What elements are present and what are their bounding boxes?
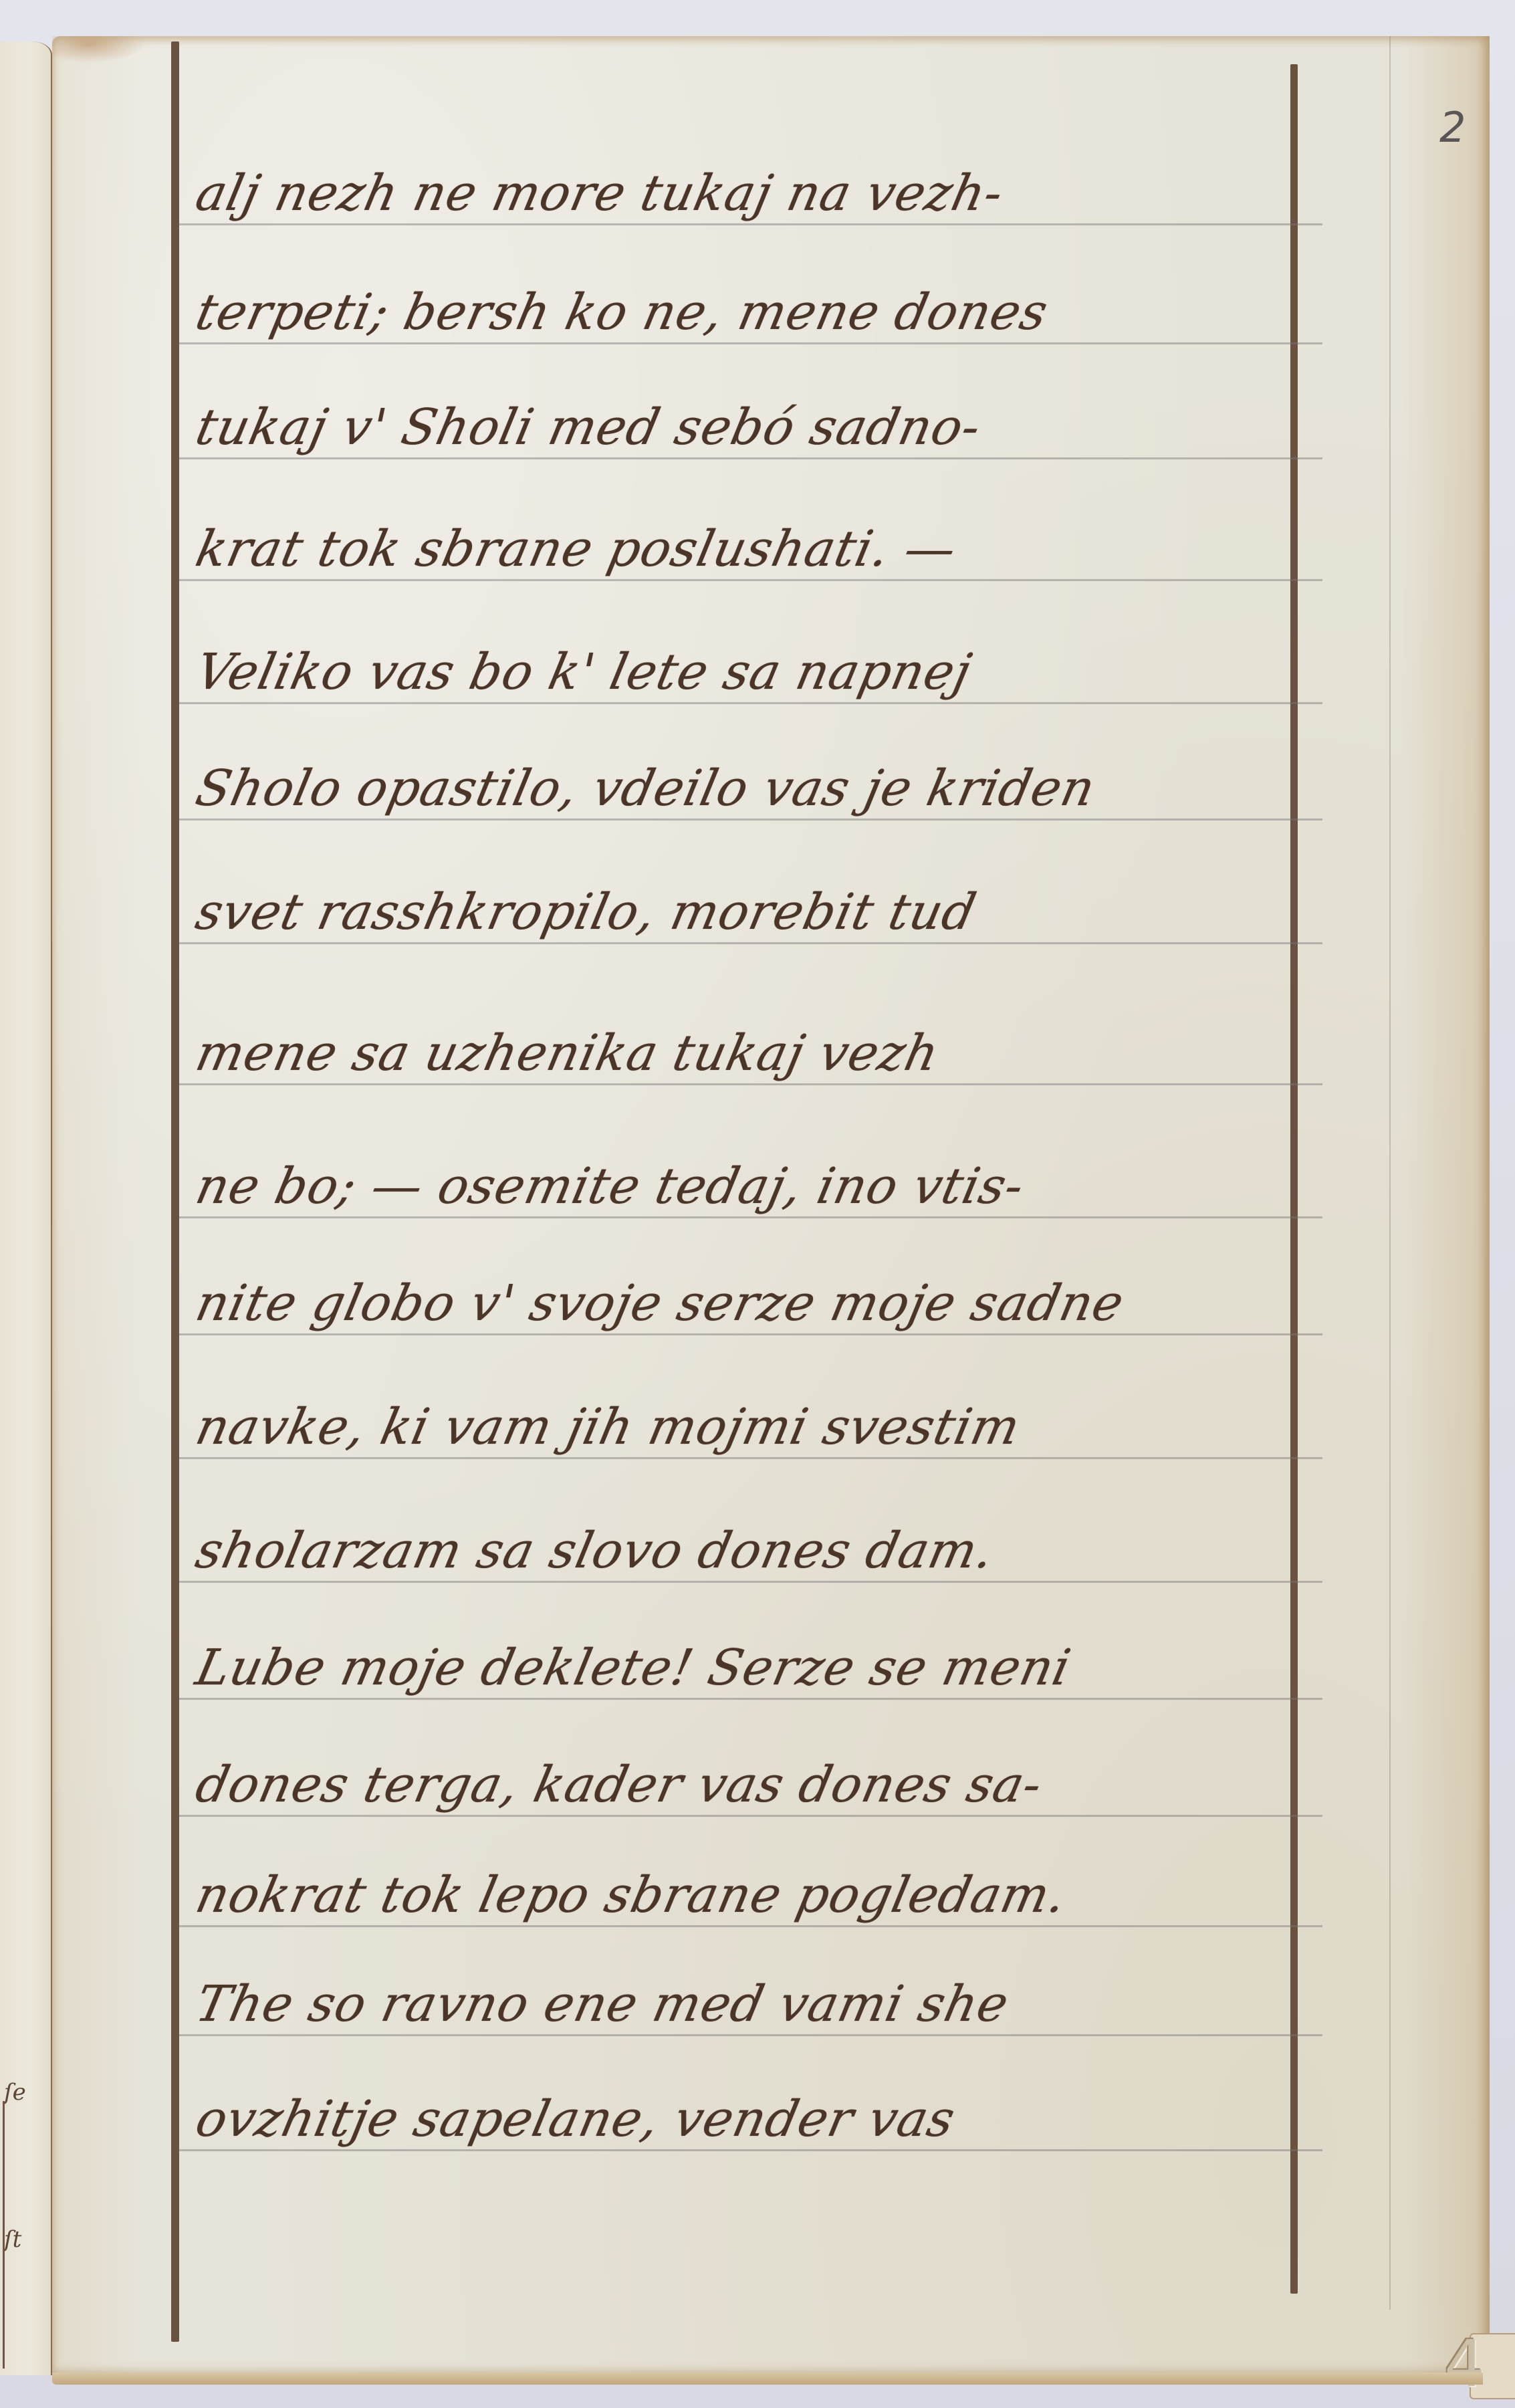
paper-stain (52, 36, 146, 63)
folio-number: 2 (1439, 103, 1466, 152)
previous-page-edge: ſe ſt (0, 41, 52, 2375)
manuscript-page: 2 alj nezh ne more tukaj na vezh- terpet… (52, 36, 1490, 2378)
manuscript-line-6: Sholo opastilo, vdeilo vas je kriden (189, 752, 1368, 825)
manuscript-line-9: ne bo; — osemite tedaj, ino vtis- (189, 1150, 1368, 1223)
manuscript-line-10: nite globo v' svoje serze moje sadne (189, 1267, 1368, 1340)
paper-crease (1389, 36, 1391, 2310)
manuscript-line-16: The so ravno ene med vami she (189, 1967, 1368, 2041)
manuscript-line-14: dones terga, kader vas dones sa- (189, 1748, 1368, 1822)
previous-page-mark: ſt (4, 2228, 19, 2251)
manuscript-line-15: nokrat tok lepo sbrane pogledam. (189, 1858, 1368, 1932)
page-bottom-edge (52, 2373, 1483, 2385)
manuscript-line-3: tukaj v' Sholi med sebó sadno- (189, 391, 1368, 464)
previous-page-mark: ſe (4, 2081, 19, 2104)
manuscript-line-8: mene sa uzhenika tukaj vezh (189, 1016, 1368, 1090)
manuscript-line-5: Veliko vas bo k' lete sa napnej (189, 635, 1368, 709)
previous-page-ink-stroke (3, 2101, 5, 2369)
manuscript-line-11: navke, ki vam jih mojmi svestim (189, 1390, 1368, 1464)
manuscript-line-13: Lube moje deklete! Serze se meni (189, 1631, 1368, 1705)
manuscript-line-4: krat tok sbrane poslushati. — (189, 512, 1368, 586)
manuscript-line-17: ovzhitje sapelane, vender vas (189, 2082, 1368, 2156)
manuscript-line-2: terpeti; bersh ko ne, mene dones (189, 276, 1368, 349)
manuscript-line-7: svet rasshkropilo, morebit tud (189, 875, 1368, 949)
manuscript-line-1: alj nezh ne more tukaj na vezh- (189, 156, 1368, 230)
leaf-number: 4 (1444, 2326, 1485, 2401)
left-margin-rule (171, 41, 179, 2342)
manuscript-line-12: sholarzam sa slovo dones dam. (189, 1514, 1368, 1588)
